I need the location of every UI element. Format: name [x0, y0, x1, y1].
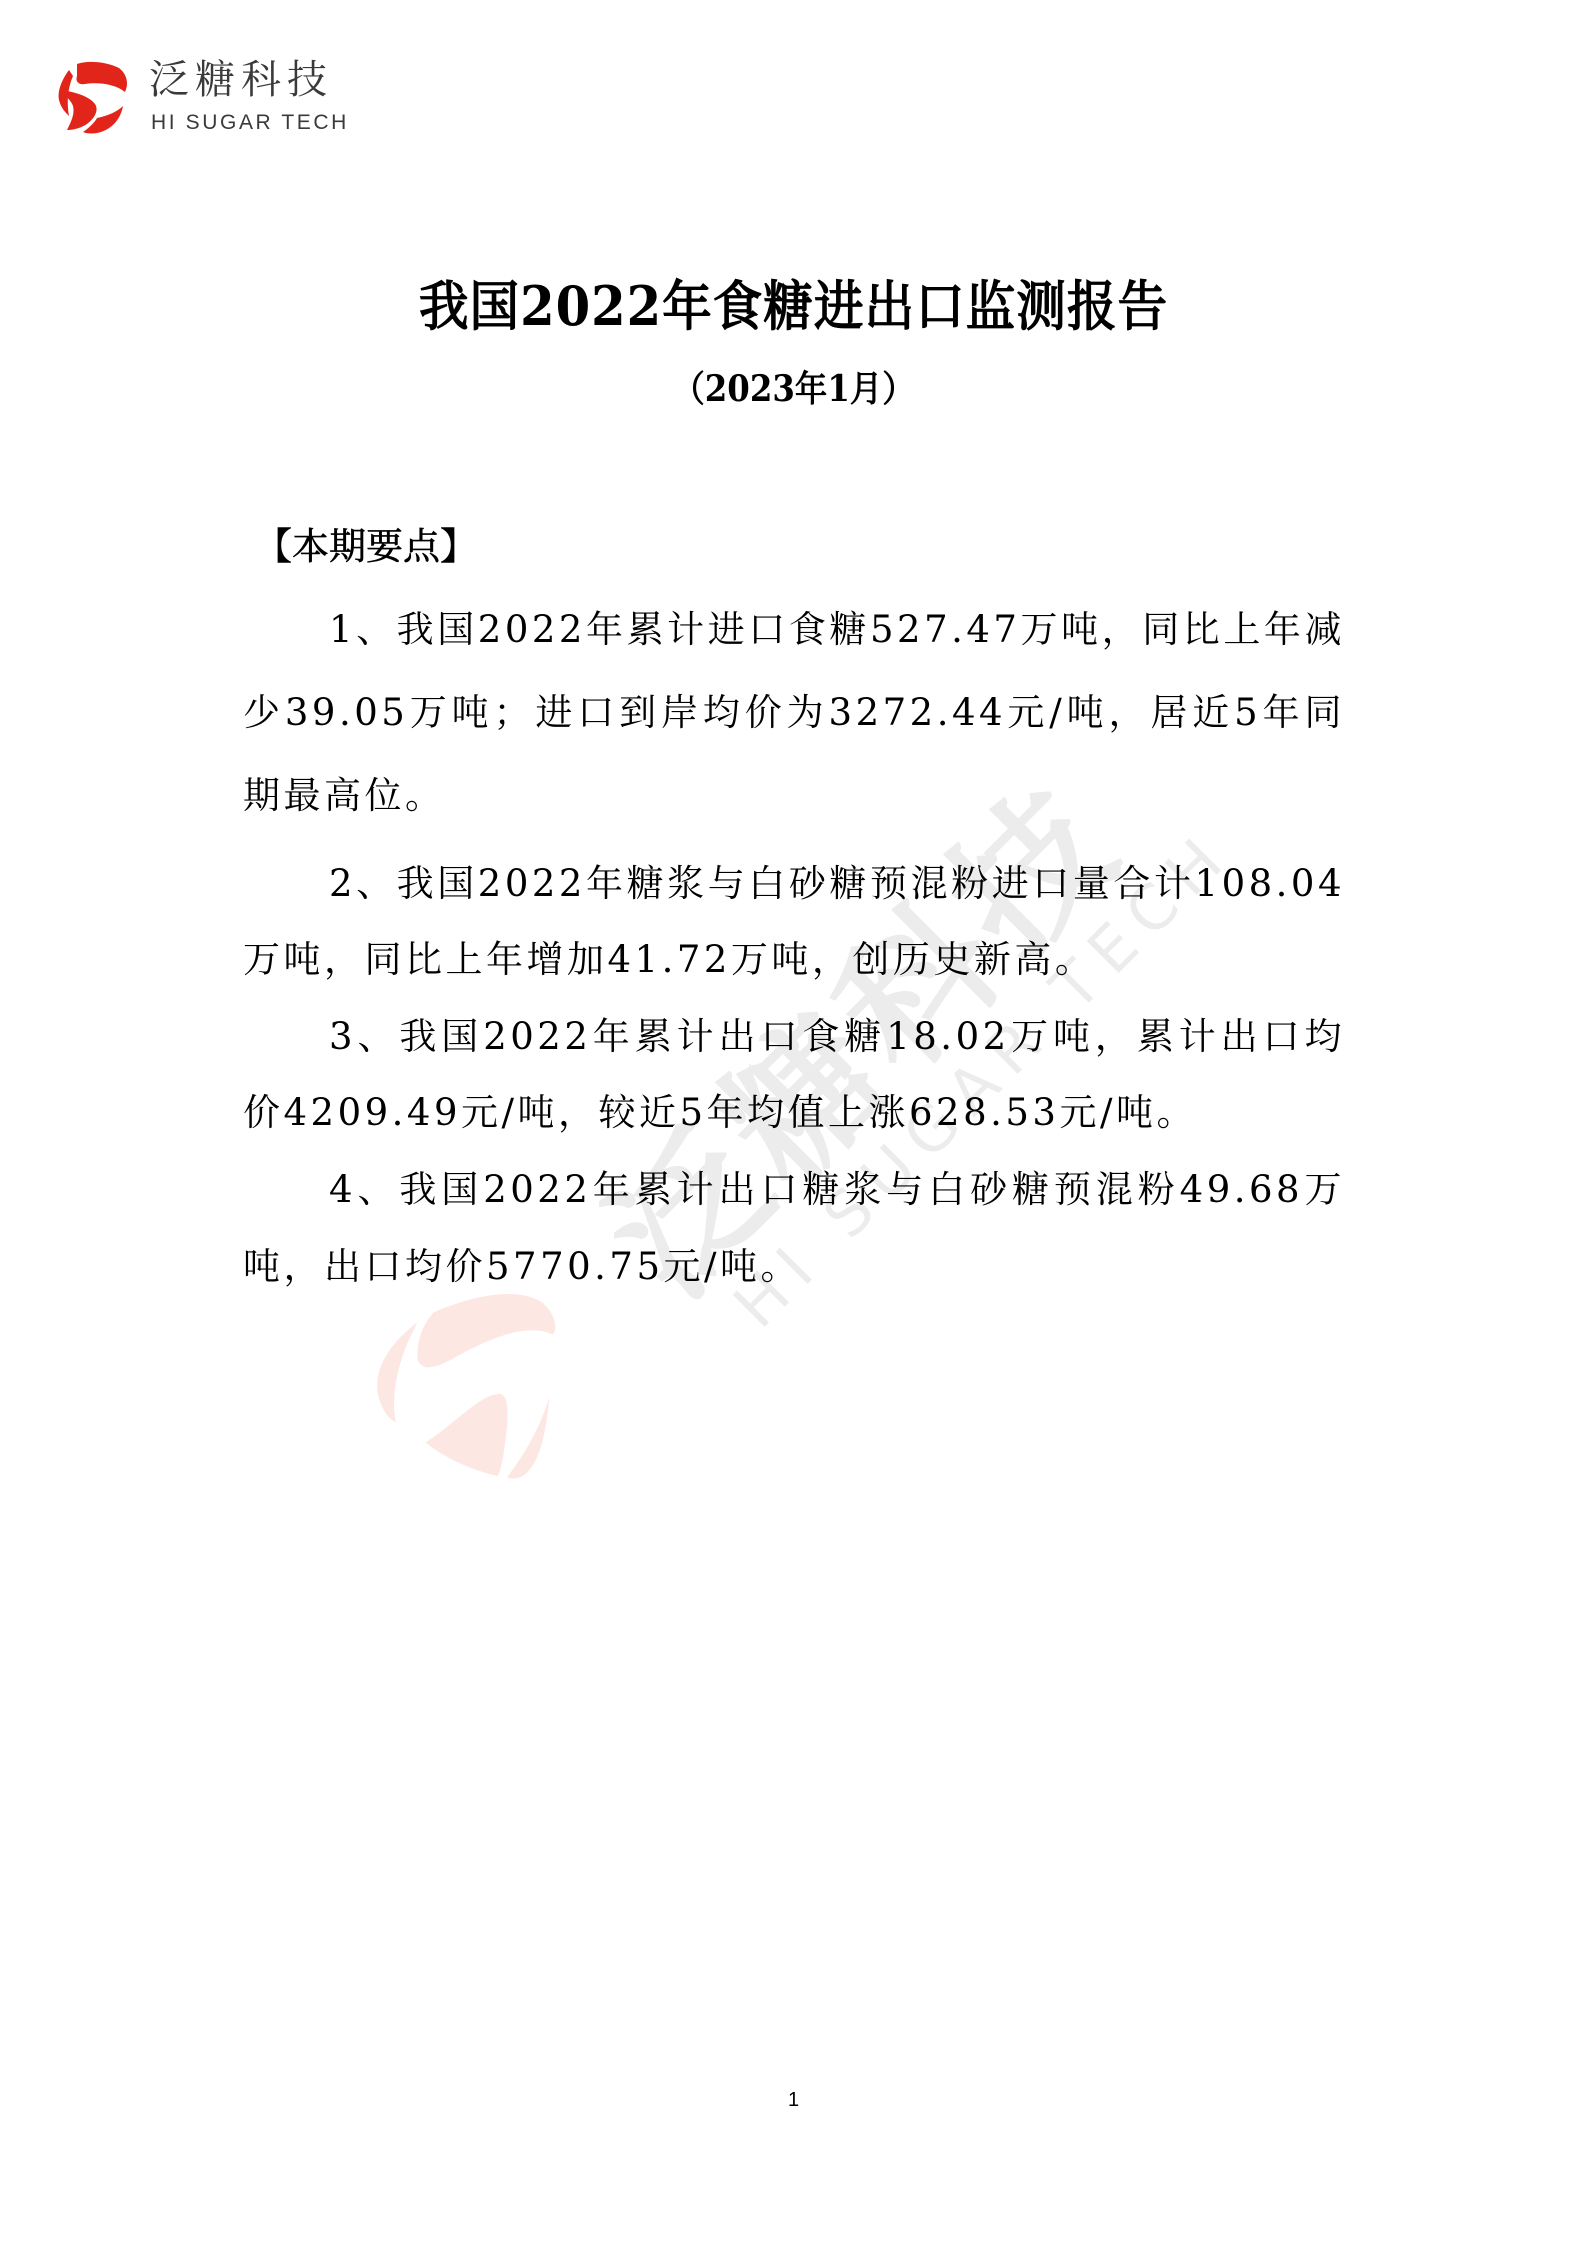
hi-sugar-logo-watermark-icon	[355, 1280, 590, 1530]
key-point-paragraph: 3、我国2022年累计出口食糖18.02万吨，累计出口均价4209.49元/吨，…	[243, 999, 1345, 1151]
key-point-paragraph: 4、我国2022年累计出口糖浆与白砂糖预混粉49.68万吨，出口均价5770.7…	[243, 1151, 1345, 1305]
document-subtitle: （2023年1月）	[79, 364, 1507, 414]
document-title: 我国2022年食糖进出口监测报告	[63, 270, 1523, 342]
logo-name-en: HI SUGAR TECH	[151, 112, 349, 134]
key-point-paragraph: 1、我国2022年累计进口食糖527.47万吨，同比上年减少39.05万吨；进口…	[243, 588, 1345, 837]
hi-sugar-logo-icon	[55, 60, 131, 134]
company-logo: 泛糖科技 HI SUGAR TECH	[55, 58, 375, 138]
key-point-paragraph: 2、我国2022年糖浆与白砂糖预混粉进口量合计108.04万吨，同比上年增加41…	[243, 846, 1345, 998]
section-heading-key-points: 【本期要点】	[255, 522, 477, 572]
logo-name-cn: 泛糖科技	[149, 60, 333, 100]
page-number: 1	[0, 2086, 1587, 2114]
